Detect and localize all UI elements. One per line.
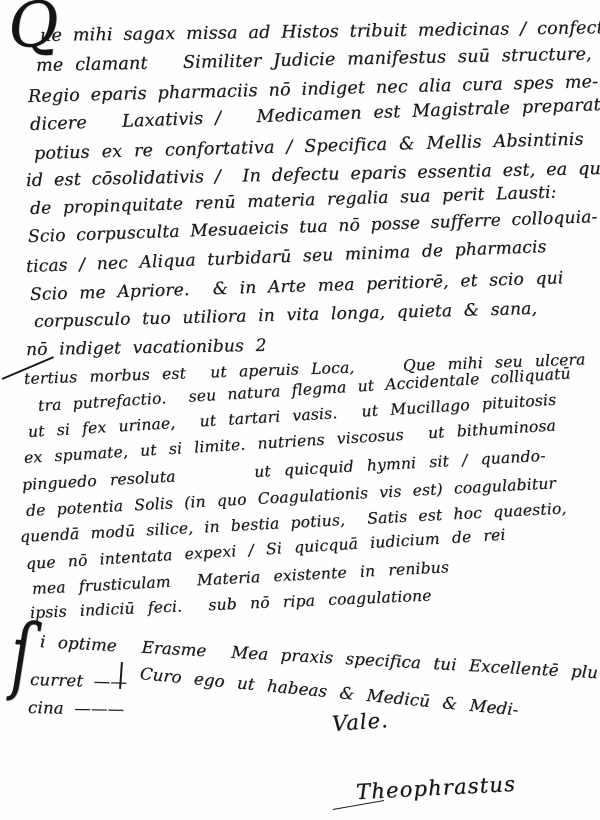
manuscript-line: potius ex re confortativa / Specifica & … bbox=[34, 130, 584, 164]
manuscript-line: ue mihi sagax missa ad Histos tribuit me… bbox=[40, 17, 600, 46]
manuscript-line: corpusculo tuo utiliora in vita longa, q… bbox=[34, 299, 538, 332]
manuscript-line: cina ——— bbox=[28, 698, 125, 719]
manuscript-line: curret —— bbox=[30, 670, 128, 692]
manuscript-line: me clamant Similiter Judicie manifestus … bbox=[36, 44, 592, 76]
flourish-long-s: ſ bbox=[10, 612, 33, 697]
manuscript-body: ue mihi sagax missa ad Histos tribuit me… bbox=[0, 0, 600, 820]
manuscript-page: Q ue mihi sagax missa ad Histos tribuit … bbox=[0, 0, 600, 820]
manuscript-line: nō indiget vacationibus 2 bbox=[26, 336, 267, 360]
vale-closing: Vale. bbox=[331, 708, 389, 736]
